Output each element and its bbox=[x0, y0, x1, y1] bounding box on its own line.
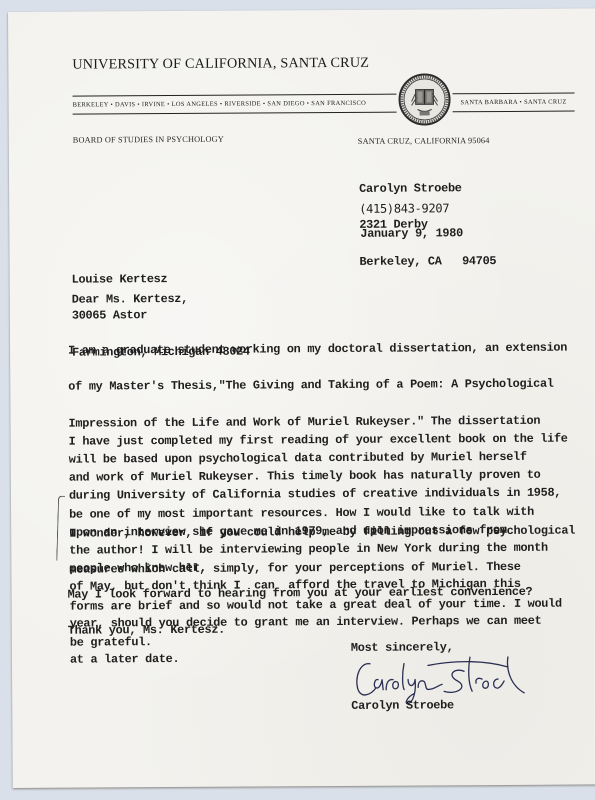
body-paragraph-4: May I look forward to hearing from you a… bbox=[67, 562, 532, 662]
paragraph-line: and work of Muriel Rukeyser. This timely… bbox=[69, 469, 568, 484]
sender-name: Carolyn Stroebe bbox=[359, 182, 496, 195]
department-name: BOARD OF STUDIES IN PSYCHOLOGY bbox=[73, 135, 224, 145]
salutation: Dear Ms. Kertesz, bbox=[72, 293, 188, 306]
university-seal-icon bbox=[397, 71, 451, 127]
sender-city: Berkeley, CA 94705 bbox=[359, 255, 496, 268]
recipient-name: Louise Kertesz bbox=[72, 273, 250, 286]
paragraph-line: May I look forward to hearing from you a… bbox=[68, 586, 533, 601]
typed-signer-name: Carolyn Stroebe bbox=[351, 699, 454, 712]
paragraph-line: Thank you, Ms. Kertesz. bbox=[68, 622, 533, 637]
paragraph-line: of my Master's Thesis,"The Giving and Ta… bbox=[68, 378, 567, 393]
sender-phone: (415)843-9207 bbox=[359, 202, 449, 215]
institution-name: UNIVERSITY OF CALIFORNIA, SANTA CRUZ bbox=[72, 55, 369, 74]
campus-list-left-text: BERKELEY • DAVIS • IRVINE • LOS ANGELES … bbox=[73, 100, 367, 109]
letter-page: UNIVERSITY OF CALIFORNIA, SANTA CRUZ BER… bbox=[8, 8, 595, 788]
campus-list-right-text: SANTA BARBARA • SANTA CRUZ bbox=[460, 99, 566, 107]
paragraph-line: I am a graduate student working on my do… bbox=[68, 342, 567, 357]
margin-bracket-mark bbox=[56, 496, 65, 561]
paragraph-line: I wonder, however, if you could help me … bbox=[69, 525, 575, 540]
campus-list-left: BERKELEY • DAVIS • IRVINE • LOS ANGELES … bbox=[73, 94, 397, 115]
letterhead-city: SANTA CRUZ, CALIFORNIA 95064 bbox=[358, 136, 490, 146]
paragraph-line: I have just completed my first reading o… bbox=[69, 433, 568, 448]
campus-list-right: SANTA BARBARA • SANTA CRUZ bbox=[453, 93, 575, 113]
letter-date: January 9, 1980 bbox=[360, 227, 463, 240]
sender-address: Carolyn Stroebe 2321 Derby Berkeley, CA … bbox=[359, 158, 497, 292]
